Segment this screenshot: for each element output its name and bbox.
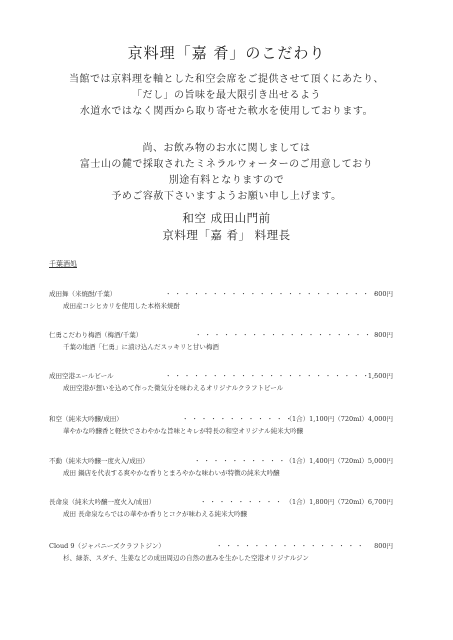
water-note-line: 尚、お飲み物のお水に関しましては bbox=[0, 141, 453, 157]
item-price: （1合）1,400円（720ml）5,000円 bbox=[285, 456, 393, 465]
item-name: 成田舞（米焼酎/千葉） bbox=[49, 289, 116, 298]
item-description: 成田空港が想いを込めて作った微気分を味わえるオリジナルクラフトビール bbox=[63, 383, 283, 392]
item-description: 杉、緑茶、スダチ、生姜などの成田周辺の自然の恵みを生かした空港オリジナルジン bbox=[63, 553, 309, 562]
leader-dots: ・・・・・・・・・・・・ bbox=[182, 414, 295, 423]
intro-line: 「だし」の旨味を最大限引き出せるよう bbox=[0, 88, 453, 104]
intro-line: 水道水ではなく関西から取り寄せた軟水を使用しております。 bbox=[0, 104, 453, 120]
leader-dots: ・・・・・・・・・・・・・・・・・・・・・・・ bbox=[165, 371, 381, 380]
leader-dots: ・・・・・・・・・・ bbox=[194, 456, 288, 465]
item-price: 1,500円 bbox=[368, 371, 393, 380]
menu-item: 和空（純米大吟醸/成田） ・・・・・・・・・・・・ （1合）1,100円（720… bbox=[49, 414, 393, 425]
item-name: 仁勇こだわり梅酒（梅酒/千葉） bbox=[49, 330, 142, 339]
item-price: 800円 bbox=[374, 541, 393, 550]
menu-item: 不動（純米大吟醸一度火入/成田） ・・・・・・・・・・ （1合）1,400円（7… bbox=[49, 456, 393, 467]
signature: 和空 成田山門前 京料理「嘉 肴」 料理長 bbox=[0, 210, 453, 244]
menu-item: 成田舞（米焼酎/千葉） ・・・・・・・・・・・・・・・・・・・・・・・ 800円… bbox=[49, 289, 393, 300]
water-note-paragraph: 尚、お飲み物のお水に関しましては 富士山の麓で採取されたミネラルウォーターのご用… bbox=[0, 141, 453, 205]
menu-item: 長命泉（純米大吟醸一度火入/成田） ・・・・・・・・・ （1合）1,800円（7… bbox=[49, 497, 393, 508]
leader-dots: ・・・・・・・・・・・・・・・・・・・・ bbox=[195, 330, 383, 339]
menu-item: Cloud 9（ジャパニーズクラフトジン） ・・・・・・・・・・・・・・・・ 8… bbox=[49, 541, 393, 552]
signature-line: 和空 成田山門前 bbox=[0, 210, 453, 227]
intro-paragraph: 当館では京料理を軸とした和空会席をご提供させて頂くにあたり、 「だし」の旨味を最… bbox=[0, 72, 453, 120]
page-title: 京料理「嘉 肴」のこだわり bbox=[0, 42, 453, 63]
item-description: 華やかな吟醸香と軽快でさわやかな旨味とキレが特長の和空オリジナル純米大吟醸 bbox=[63, 426, 303, 435]
leader-dots: ・・・・・・・・・ bbox=[200, 497, 285, 506]
item-description: 成田 長命泉ならではの華やか香りとコクが味わえる純米大吟醸 bbox=[63, 509, 247, 518]
item-price: （1合）1,100円（720ml）4,000円 bbox=[285, 414, 393, 423]
signature-line: 京料理「嘉 肴」 料理長 bbox=[0, 227, 453, 244]
menu-item: 成田空港エールビール ・・・・・・・・・・・・・・・・・・・・・・・ 1,500… bbox=[49, 371, 393, 382]
item-description: 成田 鍋店を代表する爽やかな香りとまろやかな味わいが特徴の純米大吟醸 bbox=[63, 468, 280, 477]
item-price: 800円 bbox=[374, 289, 393, 298]
item-name: 成田空港エールビール bbox=[49, 371, 113, 380]
intro-line: 当館では京料理を軸とした和空会席をご提供させて頂くにあたり、 bbox=[0, 72, 453, 88]
item-name: 和空（純米大吟醸/成田） bbox=[49, 414, 123, 423]
water-note-line: 別途有料となりますので bbox=[0, 173, 453, 189]
item-price: （1合）1,800円（720ml）6,700円 bbox=[285, 497, 393, 506]
item-name: 長命泉（純米大吟醸一度火入/成田） bbox=[49, 497, 155, 506]
water-note-line: 予めご容赦下さいますようお願い申し上げます。 bbox=[0, 189, 453, 205]
leader-dots: ・・・・・・・・・・・・・・・・ bbox=[216, 541, 366, 550]
item-description: 千葉の地酒「仁勇」に漬け込んだスッキリと甘い梅酒 bbox=[63, 342, 219, 351]
menu-item: 仁勇こだわり梅酒（梅酒/千葉） ・・・・・・・・・・・・・・・・・・・・ 800… bbox=[49, 330, 393, 341]
leader-dots: ・・・・・・・・・・・・・・・・・・・・・・・ bbox=[165, 289, 381, 298]
item-name: Cloud 9（ジャパニーズクラフトジン） bbox=[49, 541, 165, 550]
item-name: 不動（純米大吟醸一度火入/成田） bbox=[49, 456, 149, 465]
item-price: 800円 bbox=[374, 330, 393, 339]
section-title: 千葉酒処 bbox=[49, 259, 77, 269]
water-note-line: 富士山の麓で採取されたミネラルウォーターのご用意しており bbox=[0, 157, 453, 173]
item-description: 成田産コシヒカリを使用した本格米焼酎 bbox=[63, 301, 180, 310]
